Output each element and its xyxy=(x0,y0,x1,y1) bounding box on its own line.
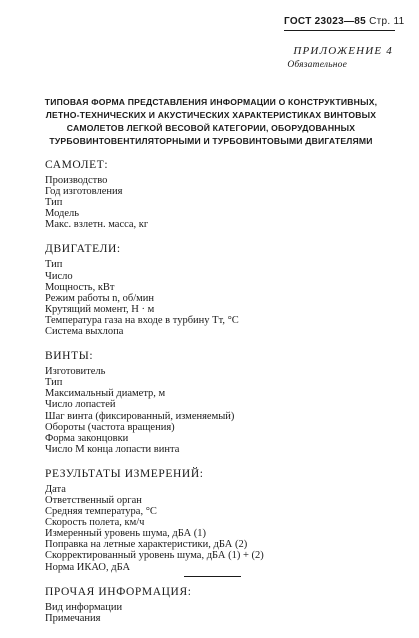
section-heading: ПРОЧАЯ ИНФОРМАЦИЯ: xyxy=(45,585,395,599)
form-field-label: Режим работы n, об/мин xyxy=(45,293,395,304)
form-field-label: Производство xyxy=(45,175,395,186)
form-field-label: Модель xyxy=(45,208,395,219)
page-number: Стр. 11 xyxy=(369,16,404,27)
form-field-label: Ответственный орган xyxy=(45,495,395,506)
form-field-label: Крутящий момент, Н · м xyxy=(45,304,395,315)
form-field-label: Примечания xyxy=(45,613,395,624)
form-field-label: Тип xyxy=(45,197,395,208)
title-line: самолетов легкой весовой категории, обор… xyxy=(30,122,392,135)
section-heading: ВИНТЫ: xyxy=(45,349,395,363)
standard-number: ГОСТ 23023—85 xyxy=(284,16,366,27)
title-line: Типовая форма представления информации о… xyxy=(30,96,392,109)
form-field-label: Скорректированный уровень шума, дБА (1) … xyxy=(45,550,395,561)
form-field-label: Год изготовления xyxy=(45,186,395,197)
spacer xyxy=(45,455,395,467)
form-body: САМОЛЕТ: Производство Год изготовления Т… xyxy=(45,158,395,624)
form-field-label: Измеренный уровень шума, дБА (1) xyxy=(45,528,395,539)
appendix-label: ПРИЛОЖЕНИЕ 4 Обязательное xyxy=(293,44,393,72)
form-field-label: Число лопастей xyxy=(45,399,395,410)
form-field-label: Число М конца лопасти винта xyxy=(45,444,395,455)
end-divider xyxy=(184,576,241,577)
section-heading: ДВИГАТЕЛИ: xyxy=(45,242,395,256)
spacer xyxy=(45,337,395,349)
form-field-label: Тип xyxy=(45,377,395,388)
form-field-label: Максимальный диаметр, м xyxy=(45,388,395,399)
form-field-label: Температура газа на входе в турбину Tт, … xyxy=(45,315,395,326)
form-field-label: Тип xyxy=(45,259,395,270)
form-field-label: Мощность, кВт xyxy=(45,282,395,293)
section-aircraft: САМОЛЕТ: Производство Год изготовления Т… xyxy=(45,158,395,230)
section-measurement-results: РЕЗУЛЬТАТЫ ИЗМЕРЕНИЙ: Дата Ответственный… xyxy=(45,467,395,573)
form-field-label: Поправка на летные характеристики, дБА (… xyxy=(45,539,395,550)
appendix-status: Обязательное xyxy=(287,58,393,72)
title-line: турбовинтовентиляторными и турбовинтовым… xyxy=(30,135,392,148)
appendix-number: ПРИЛОЖЕНИЕ 4 xyxy=(293,44,393,58)
form-field-label: Число xyxy=(45,271,395,282)
section-heading: САМОЛЕТ: xyxy=(45,158,395,172)
form-field-label: Изготовитель xyxy=(45,366,395,377)
form-field-label: Обороты (частота вращения) xyxy=(45,422,395,433)
page-header: ГОСТ 23023—85 Стр. 11 xyxy=(284,16,395,31)
section-propellers: ВИНТЫ: Изготовитель Тип Максимальный диа… xyxy=(45,349,395,455)
form-field-label: Средняя температура, °С xyxy=(45,506,395,517)
form-field-label: Дата xyxy=(45,484,395,495)
spacer xyxy=(45,573,395,585)
form-field-label: Вид информации xyxy=(45,602,395,613)
form-field-label: Форма законцовки xyxy=(45,433,395,444)
title-line: летно-технических и акустических характе… xyxy=(30,109,392,122)
section-heading: РЕЗУЛЬТАТЫ ИЗМЕРЕНИЙ: xyxy=(45,467,395,481)
section-other-info: ПРОЧАЯ ИНФОРМАЦИЯ: Вид информации Примеч… xyxy=(45,585,395,624)
form-field-label: Норма ИКАО, дБА xyxy=(45,562,395,573)
section-engines: ДВИГАТЕЛИ: Тип Число Мощность, кВт Режим… xyxy=(45,242,395,337)
form-field-label: Система выхлопа xyxy=(45,326,395,337)
form-field-label: Макс. взлетн. масса, кг xyxy=(45,219,395,230)
form-field-label: Скорость полета, км/ч xyxy=(45,517,395,528)
document-title: Типовая форма представления информации о… xyxy=(30,96,392,148)
form-field-label: Шаг винта (фиксированный, изменяемый) xyxy=(45,411,395,422)
spacer xyxy=(45,230,395,242)
